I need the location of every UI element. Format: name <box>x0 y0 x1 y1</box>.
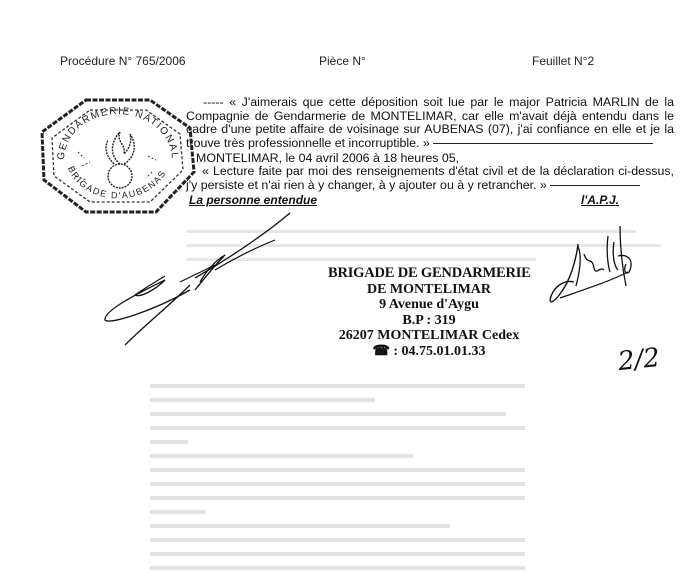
deposition-paragraph: ----- « J'aimerais que cette déposition … <box>186 96 674 150</box>
place-and-date: MONTELIMAR, le 04 avril 2006 à 18 heures… <box>196 151 459 165</box>
signature-person <box>95 210 325 350</box>
brigade-phone-line: ☎ : 04.75.01.01.33 <box>328 344 530 360</box>
official-stamp: GENDARMERIE NATIONALE BRIGADE D'AUBENAS <box>38 96 198 216</box>
brigade-po-box: B.P : 319 <box>328 313 530 329</box>
sheet-number: Feuillet N°2 <box>532 54 594 68</box>
brigade-phone: : 04.75.01.01.33 <box>393 344 485 359</box>
signature-label-person: La personne entendue <box>189 193 317 207</box>
brigade-postcode: 26207 MONTELIMAR Cedex <box>328 328 530 344</box>
telephone-icon: ☎ <box>372 344 389 359</box>
document-page: Procédure N° 765/2006 Pièce N° Feuillet … <box>0 0 700 573</box>
procedure-number: Procédure N° 765/2006 <box>60 54 186 68</box>
brigade-street: 9 Avenue d'Aygu <box>328 297 530 313</box>
signature-apj <box>548 226 648 311</box>
flaming-grenade-icon <box>106 132 134 188</box>
brigade-stamp: BRIGADE DE GENDARMERIE DE MONTELIMAR 9 A… <box>328 266 530 359</box>
brigade-name: BRIGADE DE GENDARMERIE <box>328 266 530 282</box>
reading-confirmation-paragraph: « Lecture faite par moi des renseignemen… <box>186 165 674 192</box>
bleed-through-text-lower <box>150 384 525 573</box>
piece-number: Pièce N° <box>319 54 366 68</box>
page-annotation: 2/2 <box>617 343 662 377</box>
brigade-city: DE MONTELIMAR <box>328 282 530 298</box>
signature-label-apj: l'A.P.J. <box>581 193 619 207</box>
